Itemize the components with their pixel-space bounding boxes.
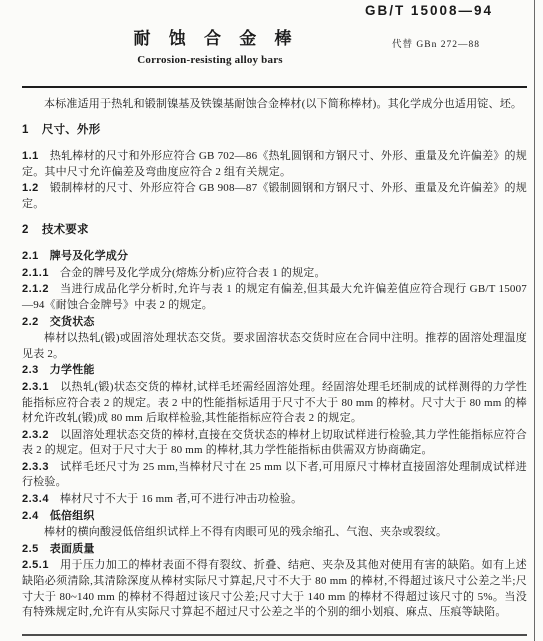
clause-number: 1.1 [22, 150, 39, 162]
paragraph: 本标准适用于热轧和锻制镍基及铁镍基耐蚀合金棒材(以下简称棒材)。其化学成分也适用… [22, 97, 527, 113]
page-subtitle-en: Corrosion-resisting alloy bars [0, 54, 420, 66]
clause: 2.1.1合金的牌号及化学成分(熔炼分析)应符合表 1 的规定。 [22, 266, 527, 282]
paragraph: 棒材以热轧(锻)或固溶处理状态交货。要求固溶状态交货时应在合同中注明。推荐的固溶… [22, 331, 527, 362]
clause: 2.3.1以热轧(锻)状态交货的棒材,试样毛坯需经固溶处理。经固溶处理毛坯制成的… [22, 380, 527, 427]
clause-number: 2.3.1 [22, 381, 49, 393]
clause: 1.1热轧棒材的尺寸和外形应符合 GB 702—86《热轧圆钢和方钢尺寸、外形、… [22, 149, 527, 180]
subclause-heading: 2.2交货状态 [22, 315, 527, 331]
clause: 2.5.1用于压力加工的棒材表面不得有裂纹、折叠、结疤、夹杂及其他对使用有害的缺… [22, 558, 527, 620]
chapter-heading: 1尺寸、外形 [22, 123, 527, 139]
clause-number: 2.1.1 [22, 267, 49, 279]
clause-number: 2.3.2 [22, 429, 49, 441]
clause-number: 2.2 [22, 316, 39, 328]
standard-number: GB/T 15008—94 [365, 3, 493, 18]
clause: 2.3.3试样毛坯尺寸为 25 mm,当棒材尺寸在 25 mm 以下者,可用原尺… [22, 460, 527, 491]
clause-number: 2.4 [22, 510, 39, 522]
page-title: 耐 蚀 合 金 棒 [0, 24, 432, 49]
subclause-heading: 2.5表面质量 [22, 542, 527, 558]
replaces-note: 代替 GBn 272—88 [392, 36, 480, 50]
header-rule [22, 86, 527, 88]
clause-number: 1 [22, 124, 29, 136]
paragraph: 棒材的横向酸浸低倍组织试样上不得有肉眼可见的残余缩孔、气泡、夹杂或裂纹。 [22, 525, 527, 541]
footer-rule [22, 634, 527, 636]
document-page: GB/T 15008—94 耐 蚀 合 金 棒 代替 GBn 272—88 Co… [0, 0, 543, 641]
clause-number: 1.2 [22, 182, 39, 194]
clause-number: 2.5 [22, 543, 39, 555]
clause-number: 2.3 [22, 364, 39, 376]
clause: 1.2锻制棒材的尺寸、外形应符合 GB 908—87《锻制圆钢和方钢尺寸、外形、… [22, 181, 527, 212]
subclause-heading: 2.1牌号及化学成分 [22, 249, 527, 265]
clause-number: 2.3.4 [22, 493, 49, 505]
chapter-heading: 2技术要求 [22, 223, 527, 239]
subclause-heading: 2.4低倍组织 [22, 509, 527, 525]
clause: 2.1.2当进行成品化学分析时,允许与表 1 的规定有偏差,但其最大允许偏差值应… [22, 282, 527, 313]
clause: 2.3.2以固溶处理状态交货的棒材,直接在交货状态的棒材上切取试样进行检验,其力… [22, 428, 527, 459]
clause-number: 2.1.2 [22, 283, 49, 295]
scan-edge-line [534, 0, 535, 641]
clause-number: 2.3.3 [22, 461, 49, 473]
clause-number: 2 [22, 224, 29, 236]
document-body: 本标准适用于热轧和锻制镍基及铁镍基耐蚀合金棒材(以下简称棒材)。其化学成分也适用… [22, 97, 527, 622]
clause: 2.3.4棒材尺寸不大于 16 mm 者,可不进行冲击功检验。 [22, 492, 527, 508]
subclause-heading: 2.3力学性能 [22, 363, 527, 379]
clause-number: 2.5.1 [22, 559, 49, 571]
clause-number: 2.1 [22, 250, 39, 262]
